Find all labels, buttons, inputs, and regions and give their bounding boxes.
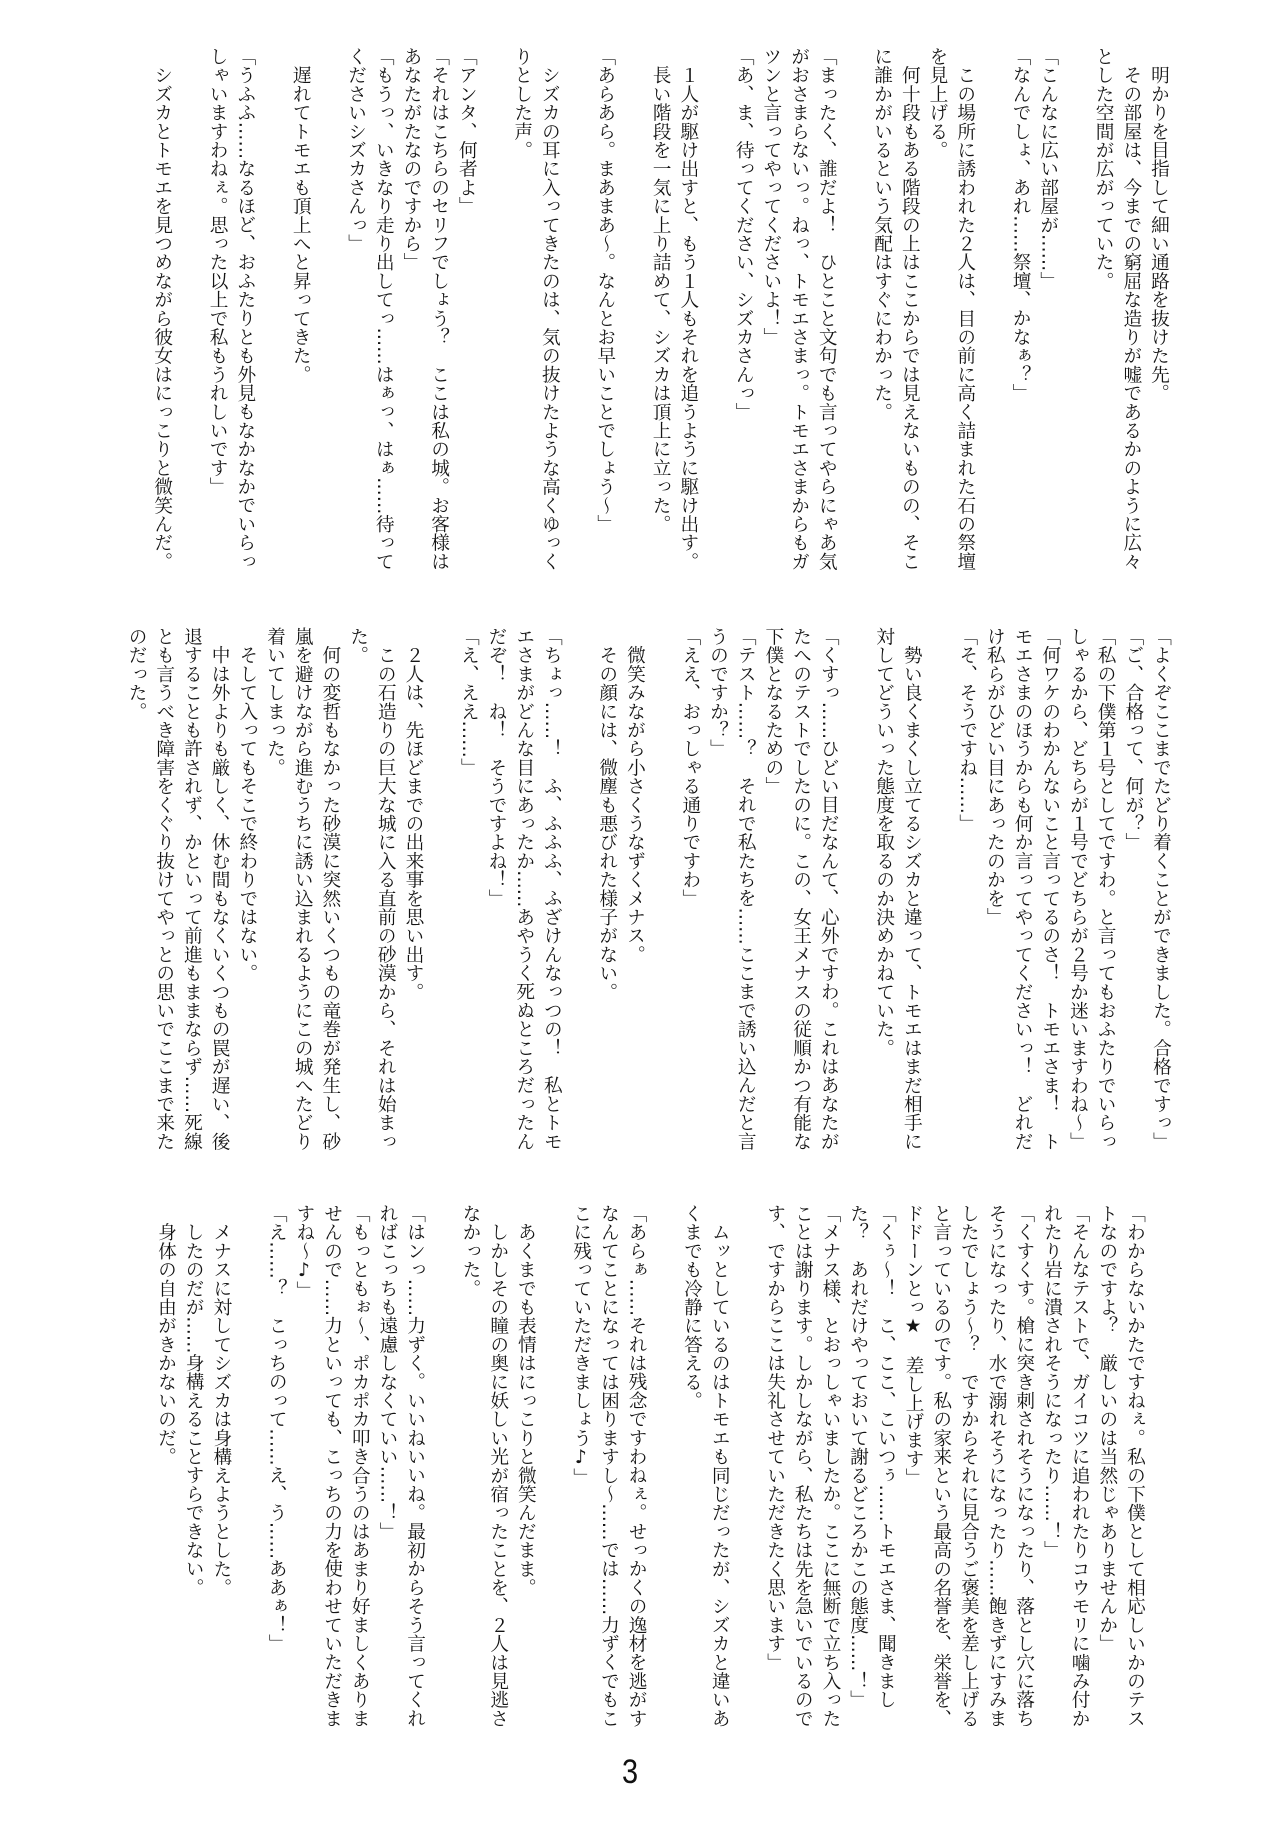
text-column: 「あらあら。まあまあ〜。なんとお早いことでしょう〜」 bbox=[591, 47, 619, 571]
text-column: 「そんなテストで、ガイコツに追われたりコウモリに噛み付か bbox=[1065, 1204, 1093, 1728]
text-column: 対してどういった態度を取るのか決めかねていた。 bbox=[869, 627, 897, 1151]
blank-column bbox=[565, 627, 593, 1151]
text-column: れたり岩に潰されそうになったり……！」 bbox=[1037, 1204, 1065, 1728]
text-column: くださいシズカさんっ」 bbox=[341, 47, 369, 571]
text-column: ドドーンとっ★ 差し上げます」 bbox=[899, 1204, 927, 1728]
text-column: 「アンタ、何者よ」 bbox=[452, 47, 480, 571]
text-column: しかしその瞳の奥に妖しい光が宿ったことを、２人は見逃さ bbox=[484, 1204, 512, 1728]
text-column: と言っているのです。私の家来という最高の名誉を、栄誉を、 bbox=[927, 1204, 955, 1728]
text-column: 「こんなに広い部屋が……」 bbox=[1034, 47, 1062, 571]
blank-column bbox=[925, 627, 953, 1151]
text-column: ツンと言ってやってくださいよ！」 bbox=[757, 47, 785, 571]
text-column: 何の変哲もなかった砂漠に突然いくつもの竜巻が発生し、砂 bbox=[316, 627, 344, 1151]
text-column: 退することも許されず、かといって前進もままならず……死線 bbox=[177, 627, 205, 1151]
text-column: 「もうっ、いきなり走り出してっ……はぁっ、はぁ……待って bbox=[369, 47, 397, 571]
blank-column bbox=[648, 627, 676, 1151]
text-column: なかった。 bbox=[456, 1204, 484, 1728]
text-column: 「まったく、誰だよ！ ひとこと文句でも言ってやらにゃあ気 bbox=[812, 47, 840, 571]
text-column: 「よくぞここまでたどり着くことができました。合格ですっ」 bbox=[1146, 627, 1174, 1151]
text-column: 「くすくす。槍に突き刺されそうになったり、落とし穴に落ち bbox=[1010, 1204, 1038, 1728]
text-column: 嵐を避けながら進むうちに誘い込まれるようにこの城へたどり bbox=[288, 627, 316, 1151]
text-column: とも言うべき障害をくぐり抜けてやっとの思いでここまで来た bbox=[150, 627, 178, 1151]
text-column: 「え……？ こっちのって……え、う……ああぁ！」 bbox=[262, 1204, 290, 1728]
text-column: に誰かがいるという気配はすぐにわかった。 bbox=[867, 47, 895, 571]
blank-column bbox=[840, 47, 868, 571]
text-column: を見上げる。 bbox=[923, 47, 951, 571]
text-column: 身体の自由がきかないのだ。 bbox=[151, 1204, 179, 1728]
text-column: その顔には、微塵も悪びれた様子がない。 bbox=[593, 627, 621, 1151]
blank-column bbox=[842, 627, 870, 1151]
text-column: がおさまらないっ。ねっ、トモエさまっ。トモエさまからもガ bbox=[784, 47, 812, 571]
text-column: 「もっともぉ〜、ポカポカ叩き合うのはあまり好ましくありま bbox=[345, 1204, 373, 1728]
text-column: 「テスト……？ それで私たちを……ここまで誘い込んだと言 bbox=[731, 627, 759, 1151]
text-column: たへのテストでしたのに。この、女王メナスの従順かつ有能な bbox=[786, 627, 814, 1151]
text-column: あなたがたなのですから」 bbox=[397, 47, 425, 571]
text-column: 微笑みながら小さくうなずくメナス。 bbox=[620, 627, 648, 1151]
text-column: 勢い良くまくし立てるシズカと違って、トモエはまだ相手に bbox=[897, 627, 925, 1151]
text-column: うのですか？」 bbox=[703, 627, 731, 1151]
text-column: しゃるから、どちらが１号でどちらが２号か迷いますわね〜」 bbox=[1063, 627, 1091, 1151]
text-column: 「くすっ……ひどい目だなんて、心外ですわ。これはあなたが bbox=[814, 627, 842, 1151]
blank-column bbox=[563, 47, 591, 571]
text-column: 長い階段を一気に上り詰めて、シズカは頂上に立った。 bbox=[646, 47, 674, 571]
text-column: そうになったり、水で溺れそうになったり……飽きずにすみま bbox=[982, 1204, 1010, 1728]
text-column: 「うふふ……なるほど、おふたりとも外見もなかなかでいらっ bbox=[231, 47, 259, 571]
text-column: この場所に誘われた２人は、目の前に高く詰まれた石の祭壇 bbox=[951, 47, 979, 571]
text-column: 「なんでしょ、あれ……祭壇、かなぁ？」 bbox=[1006, 47, 1034, 571]
text-column: シズカとトモエを見つめながら彼女はにっこりと微笑んだ。 bbox=[148, 47, 176, 571]
text-column: け私らがひどい目にあったのかを」 bbox=[980, 627, 1008, 1151]
text-column: 「あらぁ……それは残念ですわねぇ。せっかくの逸材を逃がす bbox=[622, 1204, 650, 1728]
blank-column bbox=[618, 47, 646, 571]
blank-column bbox=[539, 1204, 567, 1728]
text-column: トなのですよ？ 厳しいのは当然じゃありませんか」 bbox=[1093, 1204, 1121, 1728]
text-column: シズカの耳に入ってきたのは、気の抜けたような高くゆっく bbox=[535, 47, 563, 571]
text-column: りとした声。 bbox=[508, 47, 536, 571]
text-column: 下僕となるための」 bbox=[759, 627, 787, 1151]
text-column: 「そ、そうですね……」 bbox=[953, 627, 981, 1151]
text-column: 明かりを目指して細い通路を抜けた先。 bbox=[1144, 47, 1172, 571]
text-column: 遅れてトモエも頂上へと昇ってきた。 bbox=[286, 47, 314, 571]
blank-column bbox=[978, 47, 1006, 571]
text-column: だぞ！ ね！ そうですよね！」 bbox=[482, 627, 510, 1151]
blank-column bbox=[1061, 47, 1089, 571]
text-column: この石造りの巨大な城に入る直前の砂漠から、それは始まっ bbox=[371, 627, 399, 1151]
text-column: しゃいますわねぇ。思った以上で私もうれしいです」 bbox=[203, 47, 231, 571]
text-column: くまでも冷静に答える。 bbox=[677, 1204, 705, 1728]
text-column: その部屋は、今までの窮屈な造りが嘘であるかのように広々 bbox=[1117, 47, 1145, 571]
blank-column bbox=[234, 1204, 262, 1728]
text-column: 「それはこちらのセリフでしょう？ ここは私の城。お客様は bbox=[424, 47, 452, 571]
text-column: なんてことになっては困りますし〜……では……力ずくでもこ bbox=[594, 1204, 622, 1728]
text-column: 「はンっ……力ずく。いいねいいね。最初からそう言ってくれ bbox=[400, 1204, 428, 1728]
text-column: 「ご、合格って、何が？」 bbox=[1119, 627, 1147, 1151]
text-column: 「わからないかたですねぇ。私の下僕として相応しいかのテス bbox=[1120, 1204, 1148, 1728]
text-column: ２人は、先ほどまでの出来事を思い出す。 bbox=[399, 627, 427, 1151]
blank-column bbox=[733, 1204, 761, 1728]
text-column: １人が駆け出すと、もう１人もそれを追うように駆け出す。 bbox=[674, 47, 702, 571]
text-column: すね〜♪」 bbox=[290, 1204, 318, 1728]
text-band-middle: 「よくぞここまでたどり着くことができました。合格ですっ」 「ご、合格って、何が？… bbox=[122, 627, 1174, 1151]
text-column: したのだが……身構えることすらできない。 bbox=[179, 1204, 207, 1728]
text-column: エさまがどんな目にあったか……あやうく死ぬところだったん bbox=[510, 627, 538, 1151]
blank-column bbox=[426, 627, 454, 1151]
text-column: ことは謝ります。しかしながら、私たちは先を急いでいるので bbox=[788, 1204, 816, 1728]
text-column: 何十段もある階段の上はここからでは見えないものの、そこ bbox=[895, 47, 923, 571]
text-column: ムッとしているのはトモエも同じだったが、シズカと違いあ bbox=[705, 1204, 733, 1728]
text-column: メナスに対してシズカは身構えようとした。 bbox=[207, 1204, 235, 1728]
text-column: 「メナス様、とおっしゃいましたか。ここに無断で立ち入った bbox=[816, 1204, 844, 1728]
text-column: こに残っていただきましょう♪」 bbox=[567, 1204, 595, 1728]
text-column: た？ あれだけやっておいて謝るどころかこの態度……！」 bbox=[843, 1204, 871, 1728]
page-number: 3 bbox=[620, 1752, 640, 1792]
text-column: あくまでも表情はにっこりと微笑んだまま。 bbox=[511, 1204, 539, 1728]
text-column: 「くぅ〜！ こ、ここ、こいつぅ……トモエさま、聞きまし bbox=[871, 1204, 899, 1728]
text-column: とした空間が広がっていた。 bbox=[1089, 47, 1117, 571]
text-column: 着いてしまった。 bbox=[260, 627, 288, 1151]
text-column: せんので……力といっても、こっちの力を使わせていただきま bbox=[317, 1204, 345, 1728]
text-band-top: 明かりを目指して細い通路を抜けた先。 その部屋は、今までの窮屈な造りが嘘であるか… bbox=[148, 47, 1172, 571]
text-column: す、ですからここは失礼させていただきたく思います」 bbox=[760, 1204, 788, 1728]
blank-column bbox=[258, 47, 286, 571]
text-column: 「何ワケのわかんないこと言ってるのさ！ トモエさま！ ト bbox=[1036, 627, 1064, 1151]
blank-column bbox=[701, 47, 729, 571]
text-column: 「ええ、おっしゃる通りですわ」 bbox=[676, 627, 704, 1151]
text-column: 「私の下僕第１号としてですわ。と言ってもおふたりでいらっ bbox=[1091, 627, 1119, 1151]
text-column: 中は外よりも厳しく、休む間もなくいくつもの罠が遅い、後 bbox=[205, 627, 233, 1151]
blank-column bbox=[480, 47, 508, 571]
text-column: 「ちょっ……！ ふ、ふふふ、ふざけんなっつの！ 私とトモ bbox=[537, 627, 565, 1151]
blank-column bbox=[314, 47, 342, 571]
blank-column bbox=[650, 1204, 678, 1728]
text-band-bottom: 「わからないかたですねぇ。私の下僕として相応しいかのテス トなのですよ？ 厳しい… bbox=[151, 1204, 1148, 1728]
text-column: ればこっちも遠慮しなくていい……！」 bbox=[373, 1204, 401, 1728]
text-column: のだった。 bbox=[122, 627, 150, 1151]
text-column: た。 bbox=[343, 627, 371, 1151]
blank-column bbox=[428, 1204, 456, 1728]
text-column: そして入ってもそこで終わりではない。 bbox=[233, 627, 261, 1151]
text-column: 「え、ええ……」 bbox=[454, 627, 482, 1151]
text-column: したでしょう〜？ ですからそれに見合うご褒美を差し上げる bbox=[954, 1204, 982, 1728]
text-column: 「あ、ま、待ってください、シズカさんっ」 bbox=[729, 47, 757, 571]
text-column: モエさまのほうからも何か言ってやってくださいっ！ どれだ bbox=[1008, 627, 1036, 1151]
blank-column bbox=[175, 47, 203, 571]
